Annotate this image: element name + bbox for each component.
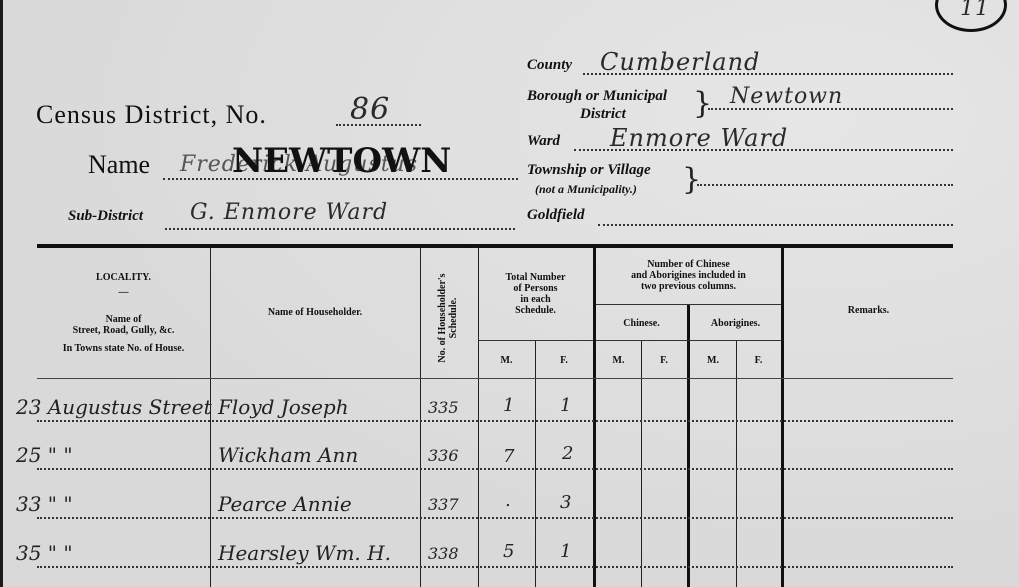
aborigines-header: Aborigines. xyxy=(690,318,781,329)
total-header-3: in each xyxy=(478,294,593,305)
name-stamp: NEWTOWN xyxy=(232,141,451,181)
total-header-4: Schedule. xyxy=(478,305,593,316)
total-m-cell: 5 xyxy=(503,541,514,562)
census-district-label: Census District, No. xyxy=(36,100,267,130)
total-header-1: Total Number xyxy=(478,272,593,283)
schedule-cell: 336 xyxy=(428,446,459,465)
locality-cell: 35 " " xyxy=(16,541,73,565)
col-divider-abor xyxy=(781,247,784,587)
abor-f-header: F. xyxy=(736,355,781,366)
borough-brace: } xyxy=(693,86,712,121)
remarks-header: Remarks. xyxy=(784,305,953,316)
col-divider-householder xyxy=(420,247,421,587)
township-brace: } xyxy=(682,162,701,197)
row-line-1 xyxy=(37,420,953,422)
total-m-cell: 7 xyxy=(503,446,514,467)
borough-value: Newtown xyxy=(730,84,843,109)
district-number: 86 xyxy=(350,92,390,127)
row-line-4 xyxy=(37,566,953,568)
locality-header: LOCALITY. xyxy=(37,272,210,283)
locality-cell: 23 Augustus Street xyxy=(16,395,212,419)
schedule-cell: 335 xyxy=(428,398,459,417)
abor-m-header: M. xyxy=(690,355,736,366)
locality-sub3: In Towns state No. of House. xyxy=(37,343,210,354)
goldfield-line xyxy=(598,224,953,226)
schedule-header: No. of Householder's Schedule. xyxy=(437,255,461,381)
page-number-mark: 11 xyxy=(960,0,990,21)
chinese-abor-header-3: two previous columns. xyxy=(596,281,781,292)
total-f-cell: 1 xyxy=(560,541,571,562)
chinese-f-header: F. xyxy=(641,355,687,366)
ward-label: Ward xyxy=(527,133,560,150)
locality-cell: 25 " " xyxy=(16,443,73,467)
borough-label-line2: District xyxy=(580,106,626,123)
county-label: County xyxy=(527,57,572,74)
schedule-cell: 338 xyxy=(428,544,459,563)
chinese-header: Chinese. xyxy=(596,318,687,329)
locality-cell: 33 " " xyxy=(16,492,73,516)
table-top-rule xyxy=(37,244,953,248)
total-m-cell: . xyxy=(505,490,511,511)
township-label-line1: Township or Village xyxy=(527,162,651,179)
householder-cell: Floyd Joseph xyxy=(218,395,349,419)
county-value: Cumberland xyxy=(600,48,760,76)
total-m-header: M. xyxy=(478,355,535,366)
sub-district-value: G. Enmore Ward xyxy=(190,200,388,225)
ward-value: Enmore Ward xyxy=(610,124,788,152)
locality-sub1: Name of xyxy=(37,314,210,325)
chinese-m-header: M. xyxy=(596,355,641,366)
chinese-abor-header-1: Number of Chinese xyxy=(596,259,781,270)
total-subhead-rule xyxy=(478,340,593,341)
householder-header: Name of Householder. xyxy=(210,307,420,318)
row-line-2 xyxy=(37,468,953,470)
borough-label-line1: Borough or Municipal xyxy=(527,88,667,105)
householder-cell: Wickham Ann xyxy=(218,443,358,467)
schedule-cell: 337 xyxy=(428,495,459,514)
total-f-cell: 2 xyxy=(562,443,573,464)
col-divider-chinese xyxy=(687,305,690,587)
township-line xyxy=(697,184,953,186)
total-header-2: of Persons xyxy=(478,283,593,294)
total-m-cell: 1 xyxy=(503,395,514,416)
total-f-header: F. xyxy=(535,355,593,366)
householder-cell: Pearce Annie xyxy=(218,492,352,516)
col-divider-total xyxy=(593,247,596,587)
chinese-abor-header-2: and Aborigines included in xyxy=(596,270,781,281)
householder-cell: Hearsley Wm. H. xyxy=(218,541,391,565)
census-page: 11 Census District, No. 86 Name Frederic… xyxy=(0,0,1019,587)
total-f-cell: 3 xyxy=(560,492,571,513)
name-label: Name xyxy=(88,150,150,180)
chinese-abor-subhead-rule xyxy=(596,304,781,305)
sub-district-label: Sub-District xyxy=(68,208,143,225)
locality-dash: — xyxy=(37,287,210,298)
page-edge xyxy=(0,0,3,587)
total-f-cell: 1 xyxy=(560,395,571,416)
header-bottom-rule xyxy=(37,378,953,379)
goldfield-label: Goldfield xyxy=(527,207,585,224)
chinese-abor-mf-rule xyxy=(596,340,781,341)
row-line-3 xyxy=(37,517,953,519)
township-label-line2: (not a Municipality.) xyxy=(535,182,637,197)
sub-district-line xyxy=(165,228,515,230)
locality-sub2: Street, Road, Gully, &c. xyxy=(37,325,210,336)
